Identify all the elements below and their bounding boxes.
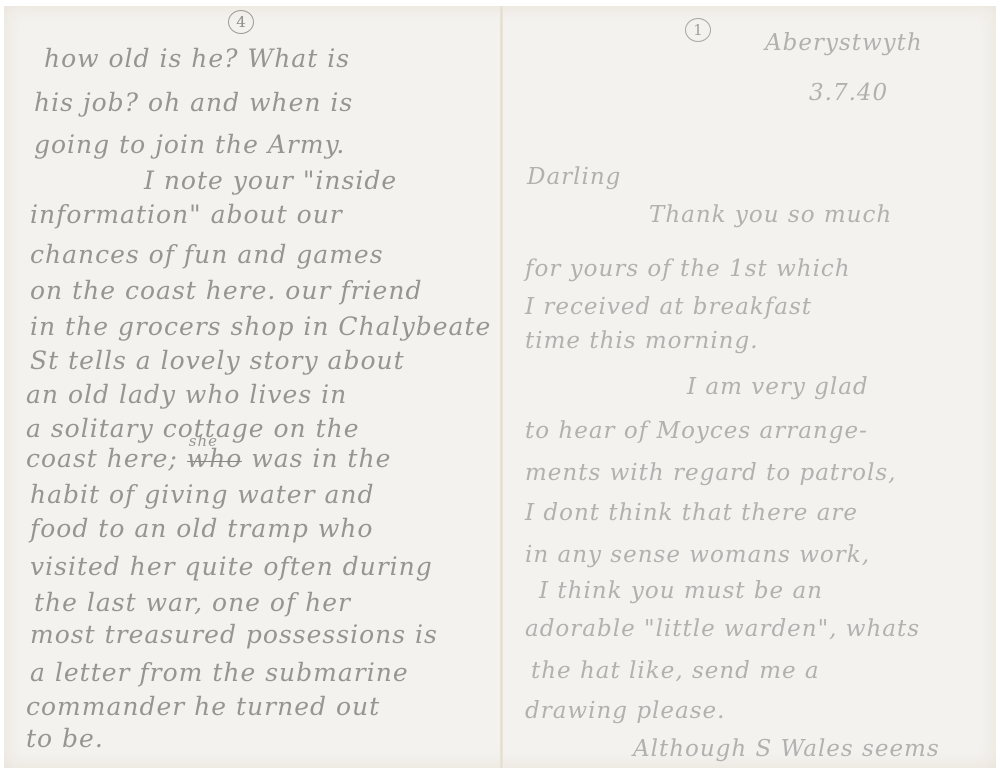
letter-text: was in the: [251, 444, 391, 473]
letter-line: St tells a lovely story about: [30, 346, 405, 375]
letter-line: commander he turned out: [26, 692, 380, 721]
letter-line: I received at breakfast: [525, 294, 812, 320]
letter-line: habit of giving water and: [30, 480, 374, 509]
letter-date: 3.7.40: [809, 80, 888, 106]
letter-text: coast here;: [26, 444, 187, 473]
letter-line: time this morning.: [525, 328, 759, 354]
correction: who she: [187, 444, 243, 473]
letter-line: coast here; who she was in the: [26, 444, 391, 473]
letter-line: visited her quite often during: [30, 552, 433, 581]
letter-line: drawing please.: [525, 698, 725, 724]
left-page: 4 how old is he? What is his job? oh and…: [4, 6, 500, 768]
letter-line: in the grocers shop in Chalybeate: [30, 312, 491, 341]
letter-line: a letter from the submarine: [30, 658, 409, 687]
letter-line: on the coast here. our friend: [30, 276, 422, 305]
letter-line: most treasured possessions is: [30, 620, 438, 649]
letter-line: food to an old tramp who: [30, 514, 373, 543]
letter-line: the last war, one of her: [34, 588, 351, 617]
letter-line: Although S Wales seems: [633, 736, 940, 762]
letter-line: information" about our: [30, 200, 343, 229]
letter-place: Aberystwyth: [765, 30, 923, 56]
letter-sheet: 4 how old is he? What is his job? oh and…: [4, 6, 996, 768]
letter-line: ments with regard to patrols,: [525, 460, 896, 486]
letter-line: going to join the Army.: [34, 130, 345, 159]
letter-line: how old is he? What is: [44, 44, 350, 73]
page-number-badge: 1: [685, 18, 711, 42]
letter-line: Thank you so much: [649, 202, 892, 228]
letter-line: I note your "inside: [144, 166, 397, 195]
letter-line: for yours of the 1st which: [525, 256, 851, 282]
salutation: Darling: [527, 164, 621, 190]
letter-line: I am very glad: [687, 374, 869, 400]
page-number-badge: 4: [228, 10, 254, 34]
letter-line: his job? oh and when is: [34, 88, 353, 117]
letter-line: to hear of Moyces arrange-: [525, 418, 868, 444]
right-page: 1 Aberystwyth 3.7.40 Darling Thank you s…: [503, 6, 996, 768]
letter-line: the hat like, send me a: [531, 658, 820, 684]
letter-line: I dont think that there are: [525, 500, 858, 526]
letter-line: I think you must be an: [539, 578, 823, 604]
letter-line: chances of fun and games: [30, 240, 384, 269]
letter-line: an old lady who lives in: [26, 380, 347, 409]
letter-line: adorable "little warden", whats: [525, 616, 920, 642]
letter-line: in any sense womans work,: [525, 542, 870, 568]
letter-line: to be.: [26, 724, 104, 753]
inserted-word: she: [189, 432, 218, 450]
